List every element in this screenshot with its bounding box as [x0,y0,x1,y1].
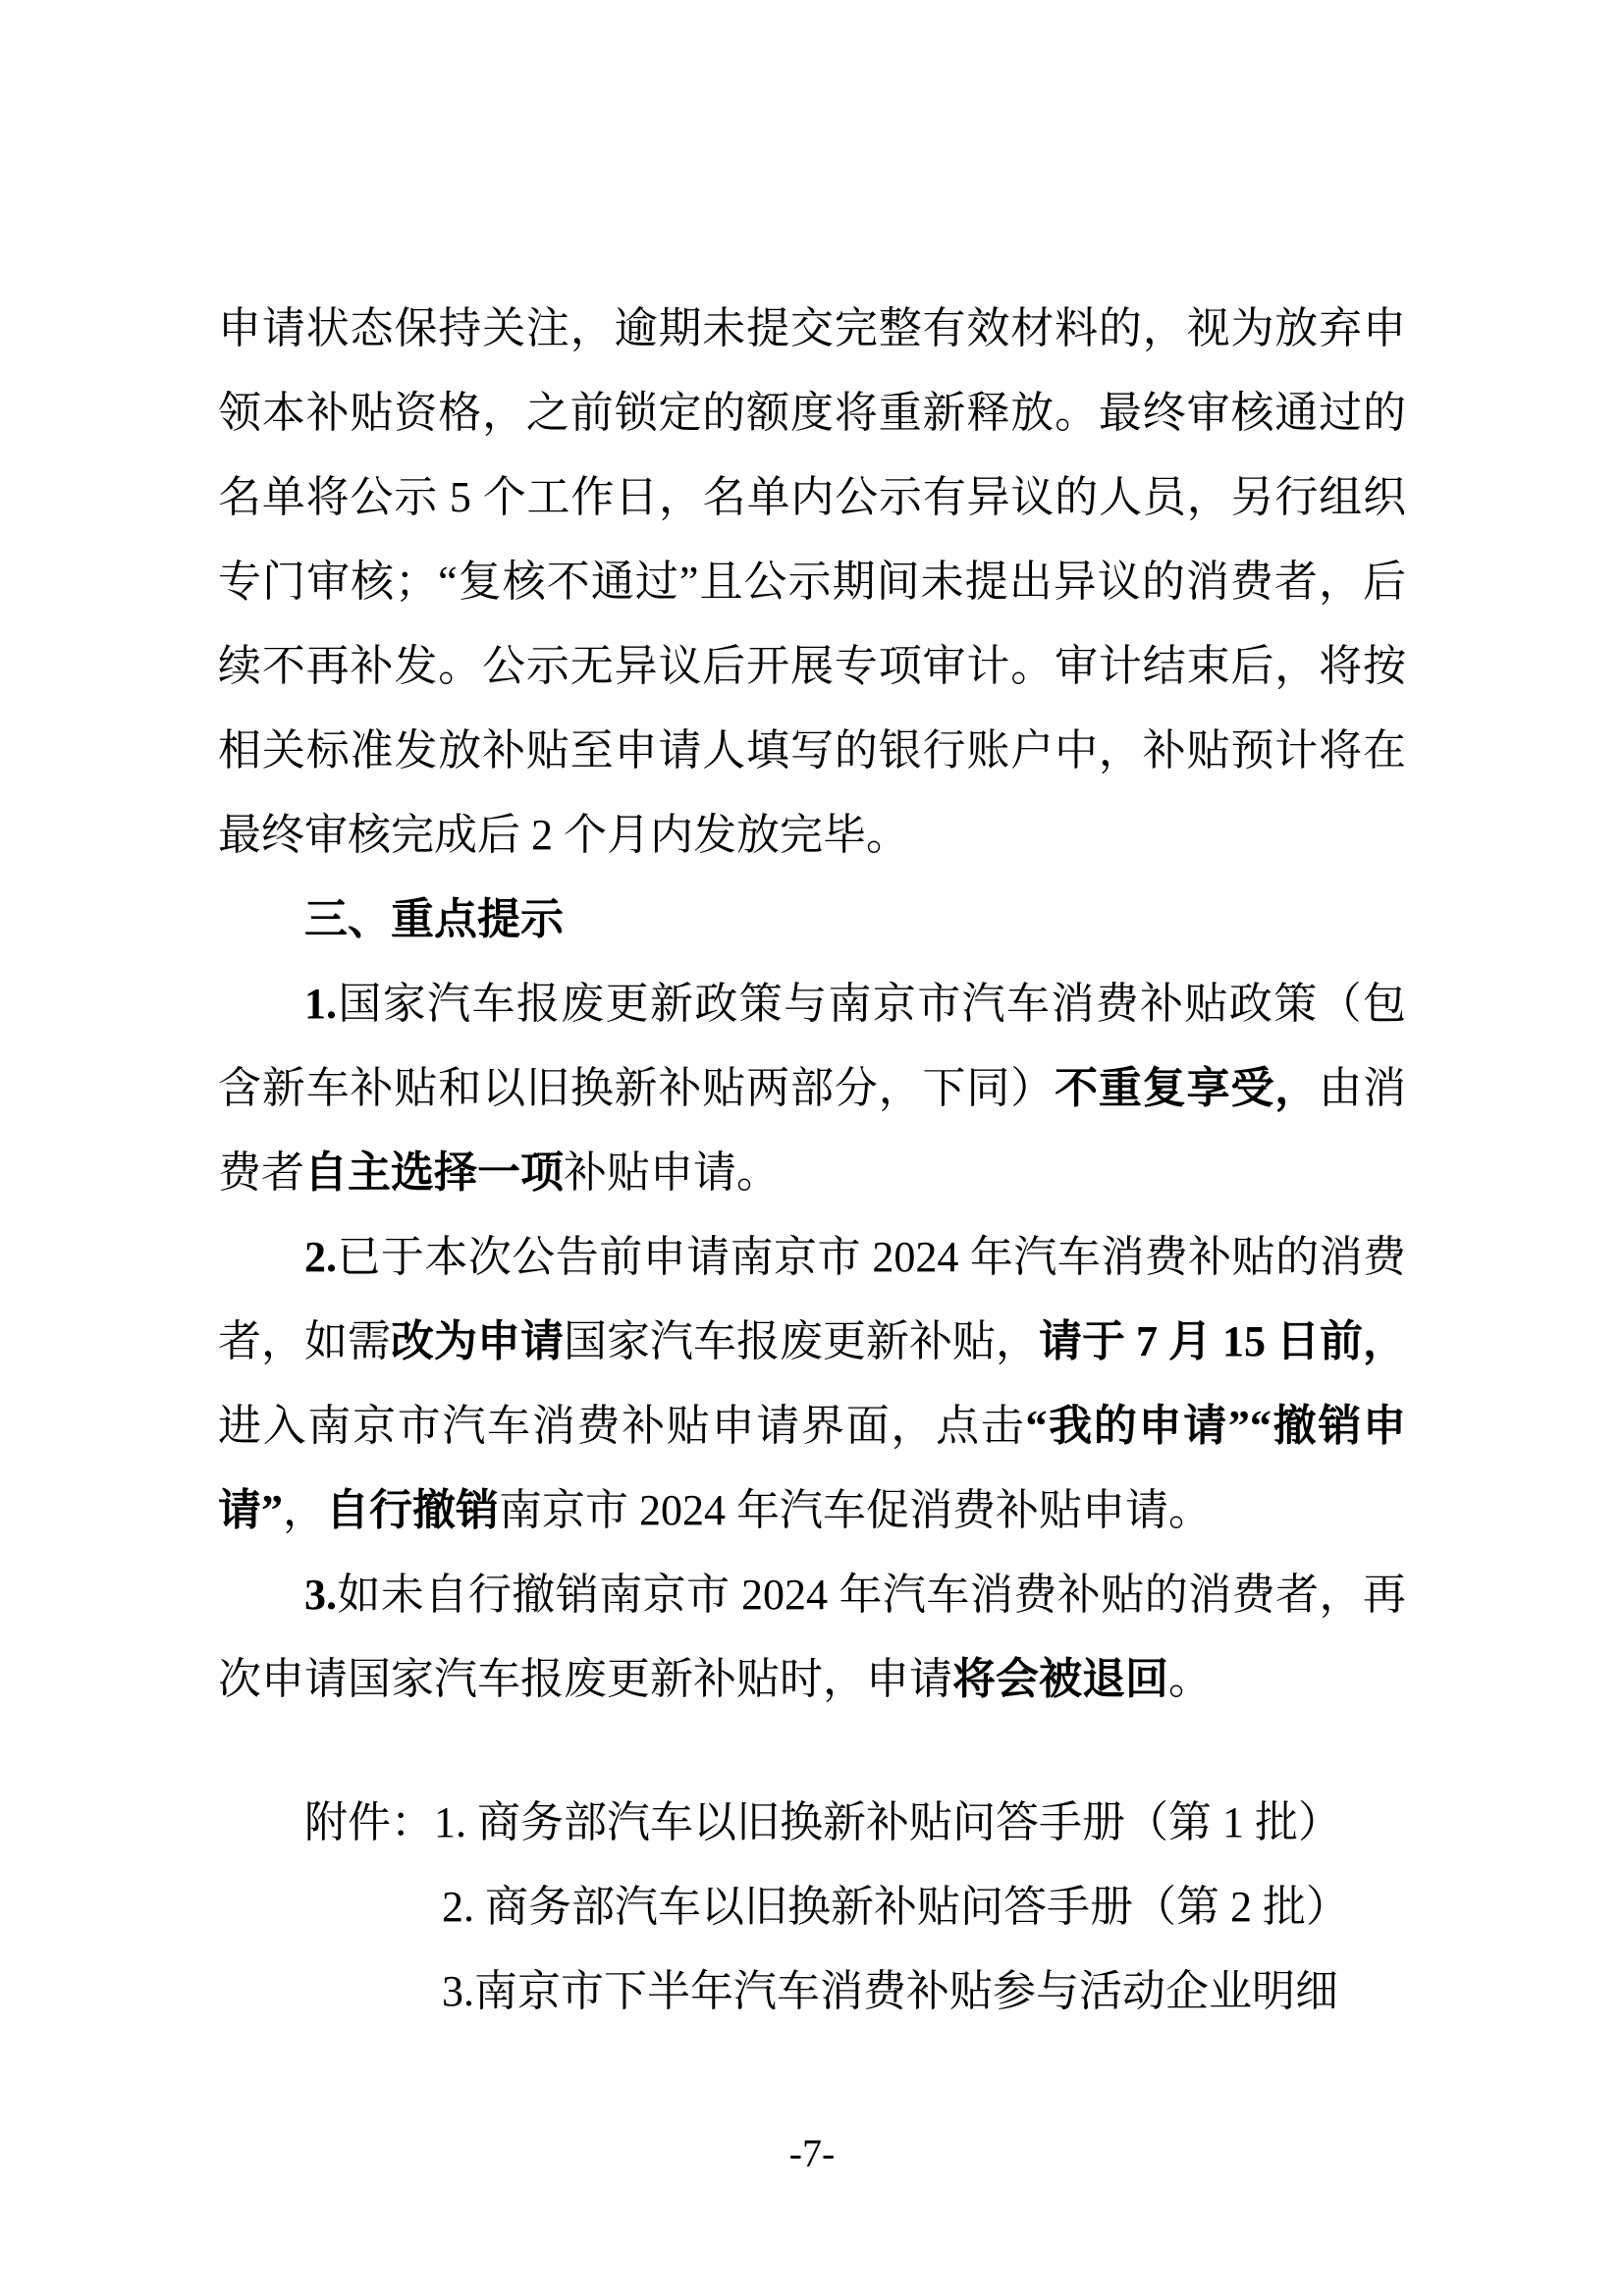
item-number: 3. [304,1571,337,1619]
emphasis-text: 不重复享受， [1055,1064,1319,1112]
paragraph-note-2: 2.已于本次公告前申请南京市 2024 年汽车消费补贴的消费者，如需改为申请国家… [218,1215,1406,1553]
document-body: 申请状态保持关注，逾期未提交完整有效材料的，视为放弃申领本补贴资格，之前锁定的额… [218,287,1406,2034]
attachment-line-3: 3.南京市下半年汽车消费补贴参与活动企业明细 [218,1949,1406,2034]
paragraph-note-1: 1.国家汽车报废更新政策与南京市汽车消费补贴政策（包含新车补贴和以旧换新补贴两部… [218,962,1406,1215]
attachment-item-1: 1. 商务部汽车以旧换新补贴问答手册（第 1 批） [434,1798,1341,1846]
attachments-label: 附件： [304,1798,434,1846]
attachments-list: 附件：1. 商务部汽车以旧换新补贴问答手册（第 1 批） 2. 商务部汽车以旧换… [218,1781,1406,2034]
emphasis-text: 自主选择一项 [304,1148,564,1197]
page-number: -7- [0,2132,1624,2175]
item-number: 2. [304,1233,337,1281]
item-number: 1. [304,980,337,1028]
text-run: 如未自行撤销南京市 2024 年汽车消费补贴的消费者，再次申请国家汽车报废更新补… [218,1571,1406,1703]
text-run: 进入南京市汽车消费补贴申请界面，点击 [218,1402,1025,1450]
attachment-item-2: 2. 商务部汽车以旧换新补贴问答手册（第 2 批） [442,1883,1349,1931]
text-run: 。 [1168,1655,1212,1703]
heading-text: 三、重点提示 [304,895,564,943]
paragraph-audit-process: 申请状态保持关注，逾期未提交完整有效材料的，视为放弃申领本补贴资格，之前锁定的额… [218,287,1406,878]
emphasis-text: 将会被退回 [952,1655,1168,1703]
text-run: 补贴申请。 [564,1148,780,1197]
emphasis-text: 改为申请 [391,1317,564,1365]
emphasis-text: 请于 7 月 15 日前， [1039,1317,1406,1365]
attachment-line-2: 2. 商务部汽车以旧换新补贴问答手册（第 2 批） [218,1865,1406,1949]
section-heading-key-notes: 三、重点提示 [218,878,1406,962]
paragraph-note-3: 3.如未自行撤销南京市 2024 年汽车消费补贴的消费者，再次申请国家汽车报废更… [218,1553,1406,1722]
attachment-line-1: 附件：1. 商务部汽车以旧换新补贴问答手册（第 1 批） [218,1781,1406,1865]
attachment-item-3: 3.南京市下半年汽车消费补贴参与活动企业明细 [442,1967,1338,2015]
emphasis-text: 自行撤销 [326,1486,499,1534]
text-run: ， [283,1486,326,1534]
text-run: 申请状态保持关注，逾期未提交完整有效材料的，视为放弃申领本补贴资格，之前锁定的额… [218,304,1406,859]
document-page: 申请状态保持关注，逾期未提交完整有效材料的，视为放弃申领本补贴资格，之前锁定的额… [0,0,1624,2296]
text-run: 国家汽车报废更新补贴， [564,1317,1039,1365]
text-run: 南京市 2024 年汽车促消费补贴申请。 [499,1486,1212,1534]
